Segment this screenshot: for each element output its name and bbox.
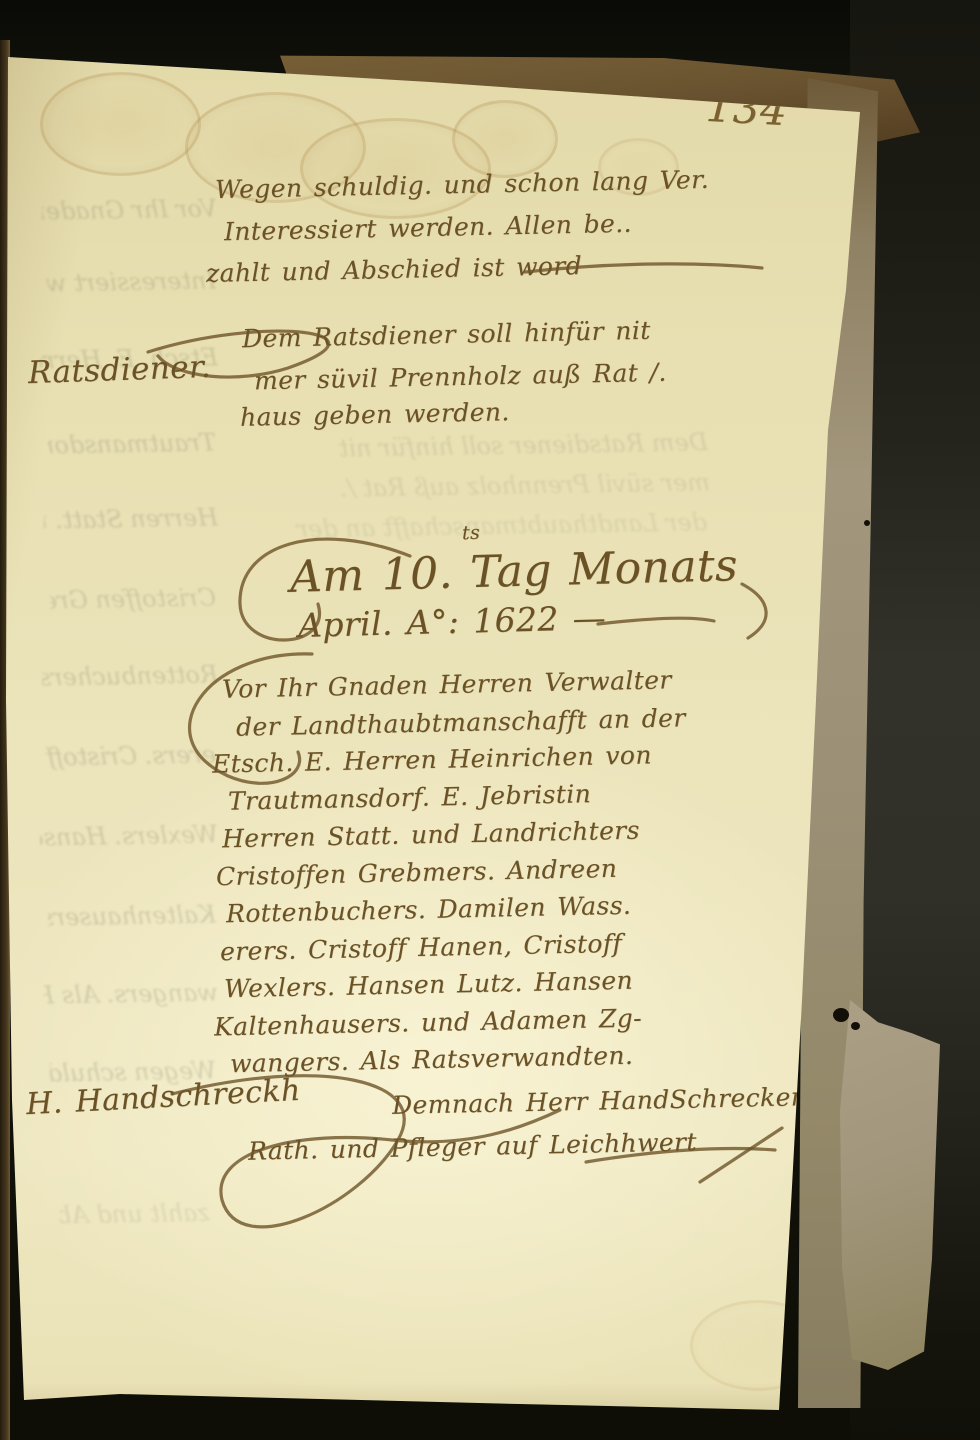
bleedthrough-text: Kaltenhausers. und Adamen Zg- <box>48 901 216 932</box>
bleedthrough-text: zahlt und Abschied ist word <box>60 1199 210 1230</box>
bleedthrough-text: Interessiert werden. Allen be.. <box>46 267 216 298</box>
handwritten-line: zahlt und Abschied ist word <box>206 251 583 288</box>
wormhole-spot <box>864 520 870 526</box>
handwritten-line: Wexlers. Hansen Lutz. Hansen <box>224 966 634 1004</box>
margin-note-ratsdiener: Ratsdiener. <box>27 349 211 391</box>
scanned-book-photo: Vor Ihr Gnaden Herren Verwalter Interess… <box>0 0 980 1440</box>
bleedthrough-text: wangers. Als Ratsverwandten. <box>44 978 218 1009</box>
handwritten-line: Etsch. E. Herren Heinrichen von <box>212 740 652 778</box>
bleedthrough-text: Dem Ratsdiener soll hinfür nit <box>268 428 708 464</box>
bleedthrough-text: Trautmansdorf. E. Jebristin <box>48 429 216 460</box>
bleedthrough-text: Cristoffen Grebmers. Andreen <box>50 584 216 615</box>
handwritten-line: Rottenbuchers. Damilen Wass. <box>226 891 632 928</box>
date-heading-line1: Am 10. Tag Monats <box>289 540 738 603</box>
bleedthrough-text: mer süvil Prennholz auß Rat /. <box>280 468 710 504</box>
bleedthrough-text: Herren Statt. und Landrichters <box>44 503 218 534</box>
handwritten-line: Rath. und Pfleger auf Leichhwert <box>248 1127 697 1165</box>
handwritten-line: haus geben werden. <box>240 397 510 432</box>
date-heading-line2: April. A°: 1622 — <box>298 598 607 645</box>
handwritten-line: erers. Cristoff Hanen, Cristoff <box>220 929 623 966</box>
ink-tail-monats <box>742 584 766 638</box>
handwritten-line: Interessiert werden. Allen be.. <box>224 209 632 247</box>
wormhole-spot <box>833 1008 849 1022</box>
handwritten-line: Demnach Herr HandSchrecker des <box>392 1081 860 1120</box>
handwritten-line: Dem Ratsdiener soll hinfür nit <box>242 316 651 354</box>
water-stain <box>40 72 201 176</box>
bleedthrough-text: der Landthaubtmanschafft an der <box>262 508 707 544</box>
handwritten-line: Vor Ihr Gnaden Herren Verwalter <box>222 665 672 703</box>
ink-dash-date <box>598 618 714 624</box>
handwritten-line: Cristoffen Grebmers. Andreen <box>216 854 618 891</box>
handwritten-line: mer süvil Prennholz auß Rat /. <box>254 358 667 396</box>
handwritten-line: Trautmansdorf. E. Jebristin <box>228 779 592 816</box>
bleedthrough-text: Wexlers. Hansen Lutz. Hansen <box>40 820 218 851</box>
water-stain <box>452 100 558 178</box>
bleedthrough-text: Vor Ihr Gnaden Herren Verwalter <box>42 194 217 225</box>
handwritten-line: Kaltenhausers. und Adamen Zg- <box>214 1004 643 1042</box>
wormhole-spot <box>851 1022 860 1030</box>
handwritten-line: der Landthaubtmanschafft an der <box>236 703 686 741</box>
bleedthrough-text: Rottenbuchers. Damilen Wass. <box>42 660 218 691</box>
bleedthrough-text: erers. Cristoff Hanen, Cristoff <box>46 741 216 772</box>
torn-cover-flap <box>840 1000 940 1370</box>
handwritten-line: Herren Statt. und Landrichters <box>222 816 640 854</box>
ink-cross-stroke <box>700 1128 782 1182</box>
date-heading-superscript: ts <box>462 522 481 544</box>
